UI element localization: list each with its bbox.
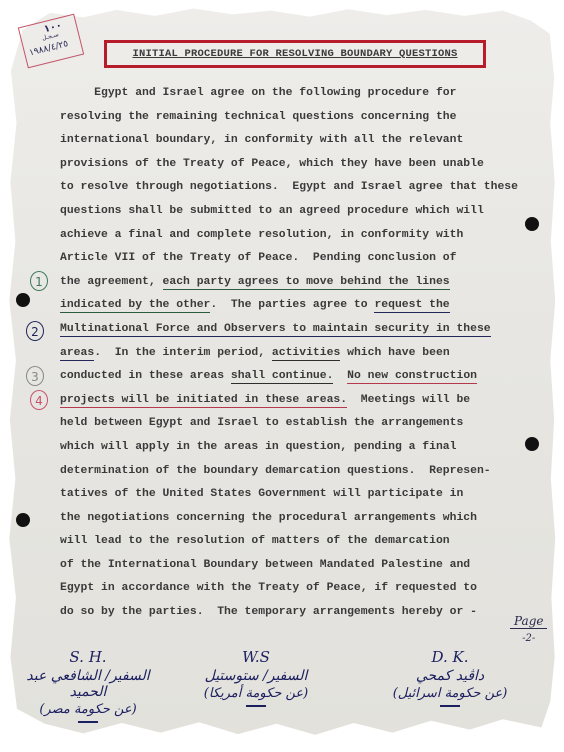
page-indicator: Page -2- [510,614,547,644]
text-segment: Egypt and Israel agree on the following … [60,87,456,99]
annotation-marker-2: 2 [26,321,44,341]
signature-dash [246,705,266,707]
document-body: Egypt and Israel agree on the following … [60,82,518,625]
signature-israel: D. K. داڤيد كمحي (عن حكومة اسرائيل) [360,648,540,707]
signature-initials: D. K. [360,648,540,666]
text-segment: . In the interim period, [94,347,272,359]
text-line: the negotiations concerning the procedur… [60,507,518,531]
signatory-role: (عن حكومة أمريكا) [176,686,336,701]
page-number: -2- [510,633,547,644]
signatory-name: السفير/ الشافعي عبد الحميد [8,668,168,700]
underlined-phrase: each party agrees to move behind the lin… [163,276,450,290]
text-segment: . The parties agree to [210,299,374,311]
text-line: to resolve through negotiations. Egypt a… [60,176,518,200]
text-line: do so by the parties. The temporary arra… [60,601,518,625]
text-line: held between Egypt and Israel to establi… [60,412,518,436]
signature-initials: W.S [176,648,336,666]
text-line: Egypt and Israel agree on the following … [60,82,518,106]
text-line: projects will be initiated in these area… [60,389,518,413]
underlined-phrase: areas [60,347,94,361]
text-segment: the agreement, [60,276,163,288]
text-line: areas. In the interim period, activities… [60,342,518,366]
text-segment: will lead to the resolution of matters o… [60,535,450,547]
text-segment: Article VII of the Treaty of Peace. Pend… [60,252,456,264]
title-box: INITIAL PROCEDURE FOR RESOLVING BOUNDARY… [104,40,486,68]
text-line: Egypt in accordance with the Treaty of P… [60,577,518,601]
text-line: resolving the remaining technical questi… [60,106,518,130]
text-segment: to resolve through negotiations. Egypt a… [60,181,518,193]
text-segment: do so by the parties. The temporary arra… [60,606,477,618]
signatory-role: (عن حكومة اسرائيل) [360,686,540,701]
text-segment: questions shall be submitted to an agree… [60,205,484,217]
text-segment: provisions of the Treaty of Peace, which… [60,158,484,170]
text-line: which will apply in the areas in questio… [60,436,518,460]
punch-hole [16,293,30,307]
text-line: provisions of the Treaty of Peace, which… [60,153,518,177]
text-line: Multinational Force and Observers to mai… [60,318,518,342]
signature-usa: W.S السفير/ ستوستيل (عن حكومة أمريكا) [176,648,336,707]
annotation-marker-1: 1 [30,271,48,291]
signature-initials: S. H. [8,648,168,666]
underlined-phrase: request the [374,299,449,313]
text-segment: of the International Boundary between Ma… [60,559,470,571]
signatory-role: (عن حكومة مصر) [8,702,168,717]
text-segment: tatives of the United States Government … [60,488,463,500]
annotation-marker-4: 4 [30,390,48,410]
underlined-phrase: activities [272,347,340,361]
text-segment: Meetings will be [347,394,470,406]
text-line: international boundary, in conformity wi… [60,129,518,153]
page-label: Page [510,614,547,629]
underlined-phrase: shall continue. [231,370,334,384]
text-segment: international boundary, in conformity wi… [60,134,463,146]
underlined-phrase: Multinational Force and Observers to mai… [60,323,491,337]
text-line: achieve a final and complete resolution,… [60,224,518,248]
stamp-date: ١٩٨٨/٤/٢٥ [28,39,69,58]
text-line: questions shall be submitted to an agree… [60,200,518,224]
text-segment: resolving the remaining technical questi… [60,111,456,123]
text-segment: held between Egypt and Israel to establi… [60,417,463,429]
signatory-name: داڤيد كمحي [360,668,540,684]
punch-hole [525,437,539,451]
text-segment: achieve a final and complete resolution,… [60,229,463,241]
text-line: conducted in these areas shall continue.… [60,365,518,389]
text-segment: conducted in these areas [60,370,231,382]
document-title: INITIAL PROCEDURE FOR RESOLVING BOUNDARY… [132,48,457,60]
underlined-phrase: No new construction [347,370,477,384]
underlined-phrase: projects will be initiated in these area… [60,394,347,408]
signatory-name: السفير/ ستوستيل [176,668,336,684]
annotation-marker-3: 3 [26,366,44,386]
text-line: determination of the boundary demarcatio… [60,460,518,484]
text-segment: which will apply in the areas in questio… [60,441,456,453]
text-line: will lead to the resolution of matters o… [60,530,518,554]
text-line: of the International Boundary between Ma… [60,554,518,578]
signature-dash [78,721,98,723]
punch-hole [16,513,30,527]
text-line: indicated by the other. The parties agre… [60,294,518,318]
text-segment: which have been [340,347,449,359]
text-line: the agreement, each party agrees to move… [60,271,518,295]
text-segment: determination of the boundary demarcatio… [60,465,491,477]
punch-hole [525,217,539,231]
signature-egypt: S. H. السفير/ الشافعي عبد الحميد (عن حكو… [8,648,168,723]
text-segment [333,370,347,382]
text-segment: the negotiations concerning the procedur… [60,512,477,524]
text-line: tatives of the United States Government … [60,483,518,507]
signature-dash [440,705,460,707]
text-line: Article VII of the Treaty of Peace. Pend… [60,247,518,271]
text-segment: Egypt in accordance with the Treaty of P… [60,582,477,594]
underlined-phrase: indicated by the other [60,299,210,313]
